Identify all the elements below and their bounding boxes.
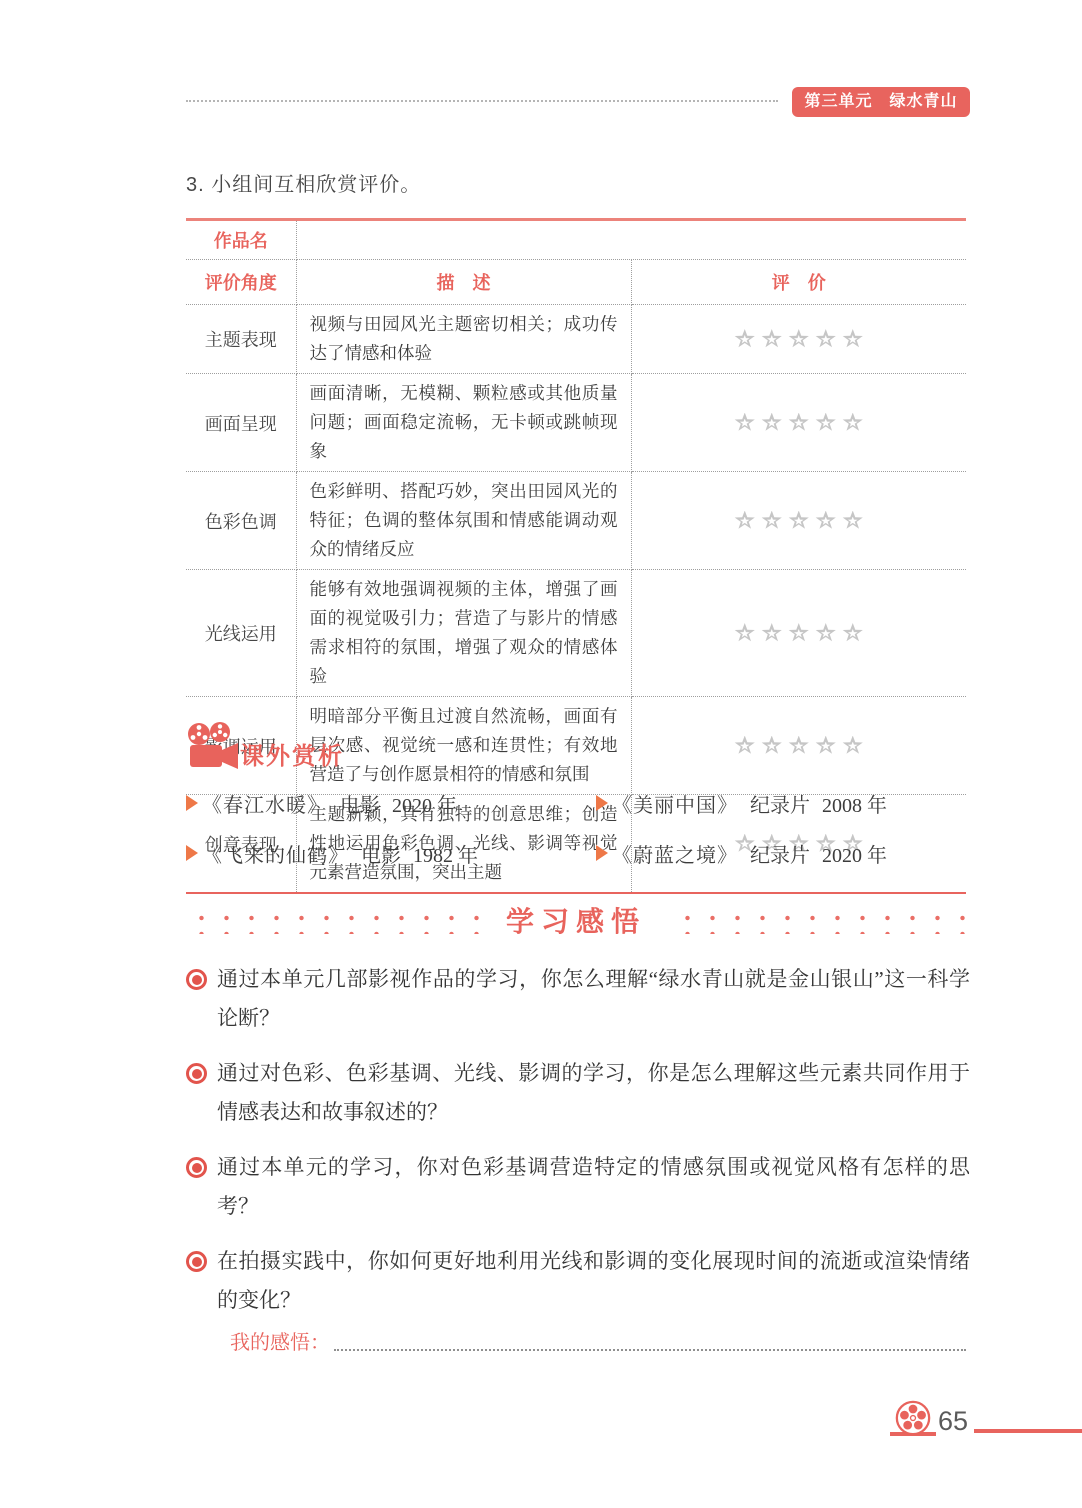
- description-cell: 画面清晰，无模糊、颗粒感或其他质量问题；画面稳定流畅，无卡顿或跳帧现象: [296, 374, 631, 472]
- movie-type: 纪录片: [750, 839, 810, 868]
- description-cell: 明暗部分平衡且过渡自然流畅，画面有层次感、视觉统一感和连贯性；有效地营造了与创作…: [296, 697, 631, 795]
- angle-cell: 主题表现: [186, 305, 296, 374]
- table-row: 主题表现 视频与田园风光主题密切相关；成功传达了情感和体验: [186, 305, 966, 374]
- table-row: 色彩色调 色彩鲜明、搭配巧妙，突出田园风光的特征；色调的整体氛围和情感能调动观众…: [186, 472, 966, 570]
- star-icon: [842, 736, 863, 756]
- star-icon: [761, 736, 782, 756]
- question-text: 通过本单元几部影视作品的学习，你怎么理解“绿水青山就是金山银山”这一科学论断？: [217, 960, 970, 1038]
- list-item: 《飞来的仙鹤》 电影 1982 年: [186, 836, 596, 870]
- star-icon: [734, 623, 755, 643]
- star-icon: [842, 511, 863, 531]
- movie-year: 2020 年: [822, 839, 887, 868]
- list-item: 《美丽中国》 纪录片 2008 年: [596, 786, 968, 820]
- movie-list: 《春江水暖》 电影 2020 年 《美丽中国》 纪录片 2008 年 《飞来的仙…: [186, 786, 968, 870]
- bullseye-bullet-icon: [186, 1157, 207, 1178]
- angle-cell: 画面呈现: [186, 374, 296, 472]
- star-icon: [761, 413, 782, 433]
- list-item: 通过本单元的学习，你对色彩基调营造特定的情感氛围或视觉风格有怎样的思考？: [186, 1148, 970, 1226]
- star-icon: [734, 329, 755, 349]
- rating-cell: [631, 374, 966, 472]
- star-icon: [842, 413, 863, 433]
- question-text: 通过本单元的学习，你对色彩基调营造特定的情感氛围或视觉风格有怎样的思考？: [217, 1148, 970, 1226]
- star-icon: [815, 623, 836, 643]
- section-heading: 3. 小组间互相欣赏评价。: [186, 168, 421, 197]
- star-icon: [734, 736, 755, 756]
- table-header-row: 评价角度 描 述 评 价: [186, 260, 966, 305]
- rating-cell: [631, 305, 966, 374]
- star-icon: [815, 511, 836, 531]
- play-bullet-icon: [186, 845, 198, 861]
- star-icon: [788, 736, 809, 756]
- table-row: 画面呈现 画面清晰，无模糊、颗粒感或其他质量问题；画面稳定流畅，无卡顿或跳帧现象: [186, 374, 966, 472]
- movie-year: 2020 年: [392, 789, 457, 818]
- description-cell: 视频与田园风光主题密切相关；成功传达了情感和体验: [296, 305, 631, 374]
- work-name-label: 作品名: [186, 220, 296, 260]
- my-reflection-row: 我的感悟：: [230, 1326, 966, 1355]
- star-icon: [842, 329, 863, 349]
- question-text: 在拍摄实践中，你如何更好地利用光线和影调的变化展现时间的流逝或渲染情绪的变化？: [217, 1242, 970, 1320]
- star-icon: [734, 511, 755, 531]
- movie-year: 2008 年: [822, 789, 887, 818]
- star-icon: [815, 413, 836, 433]
- star-icon: [761, 623, 782, 643]
- star-icon: [815, 329, 836, 349]
- movie-title: 《飞来的仙鹤》: [202, 839, 349, 868]
- star-icon: [761, 329, 782, 349]
- play-bullet-icon: [596, 845, 608, 861]
- page-number: 65: [938, 1406, 968, 1437]
- question-list: 通过本单元几部影视作品的学习，你怎么理解“绿水青山就是金山银山”这一科学论断？ …: [186, 960, 970, 1336]
- textbook-page: 第三单元 绿水青山 3. 小组间互相欣赏评价。 作品名 评价角度 描 述 评 价…: [0, 0, 1082, 1508]
- list-item: 在拍摄实践中，你如何更好地利用光线和影调的变化展现时间的流逝或渲染情绪的变化？: [186, 1242, 970, 1320]
- rating-cell: [631, 697, 966, 795]
- angle-cell: 光线运用: [186, 570, 296, 697]
- column-header-rating: 评 价: [631, 260, 966, 305]
- movie-title: 《春江水暖》: [202, 789, 328, 818]
- bullseye-bullet-icon: [186, 969, 207, 990]
- movie-type: 电影: [340, 789, 380, 818]
- reflection-banner: 学习感悟: [186, 900, 966, 940]
- movie-title: 《蔚蓝之境》: [612, 839, 738, 868]
- play-bullet-icon: [186, 795, 198, 811]
- dotted-decoration-left: [186, 906, 480, 934]
- movie-title: 《美丽中国》: [612, 789, 738, 818]
- movie-type: 纪录片: [750, 789, 810, 818]
- rating-cell: [631, 570, 966, 697]
- rating-cell: [631, 472, 966, 570]
- description-cell: 色彩鲜明、搭配巧妙，突出田园风光的特征；色调的整体氛围和情感能调动观众的情绪反应: [296, 472, 631, 570]
- reflection-title: 学习感悟: [506, 900, 646, 940]
- star-icon: [788, 329, 809, 349]
- work-name-blank-cell: [296, 220, 966, 260]
- column-header-description: 描 述: [296, 260, 631, 305]
- unit-badge: 第三单元 绿水青山: [792, 87, 970, 117]
- column-header-angle: 评价角度: [186, 260, 296, 305]
- question-text: 通过对色彩、色彩基调、光线、影调的学习，你是怎么理解这些元素共同作用于情感表达和…: [217, 1054, 970, 1132]
- star-icon: [815, 736, 836, 756]
- my-reflection-label: 我的感悟：: [230, 1326, 330, 1355]
- star-icon: [842, 623, 863, 643]
- list-item: 通过本单元几部影视作品的学习，你怎么理解“绿水青山就是金山银山”这一科学论断？: [186, 960, 970, 1038]
- extracurricular-title: 课外赏析: [240, 736, 344, 771]
- play-bullet-icon: [596, 795, 608, 811]
- film-projector-icon: [186, 722, 242, 774]
- movie-year: 1982 年: [413, 839, 478, 868]
- bullseye-bullet-icon: [186, 1251, 207, 1272]
- list-item: 《春江水暖》 电影 2020 年: [186, 786, 596, 820]
- star-icon: [788, 413, 809, 433]
- star-icon: [734, 413, 755, 433]
- star-icon: [788, 623, 809, 643]
- write-in-line: [334, 1349, 966, 1351]
- header-dotted-rule: [186, 100, 778, 102]
- movie-type: 电影: [361, 839, 401, 868]
- table-row-work-name: 作品名: [186, 220, 966, 260]
- description-cell: 能够有效地强调视频的主体，增强了画面的视觉吸引力；营造了与影片的情感需求相符的氛…: [296, 570, 631, 697]
- star-icon: [788, 511, 809, 531]
- table-row: 光线运用 能够有效地强调视频的主体，增强了画面的视觉吸引力；营造了与影片的情感需…: [186, 570, 966, 697]
- footer-accent-line: [974, 1429, 1082, 1433]
- film-reel-icon: [894, 1399, 932, 1437]
- list-item: 通过对色彩、色彩基调、光线、影调的学习，你是怎么理解这些元素共同作用于情感表达和…: [186, 1054, 970, 1132]
- dotted-decoration-right: [672, 906, 966, 934]
- list-item: 《蔚蓝之境》 纪录片 2020 年: [596, 836, 968, 870]
- bullseye-bullet-icon: [186, 1063, 207, 1084]
- star-icon: [761, 511, 782, 531]
- angle-cell: 色彩色调: [186, 472, 296, 570]
